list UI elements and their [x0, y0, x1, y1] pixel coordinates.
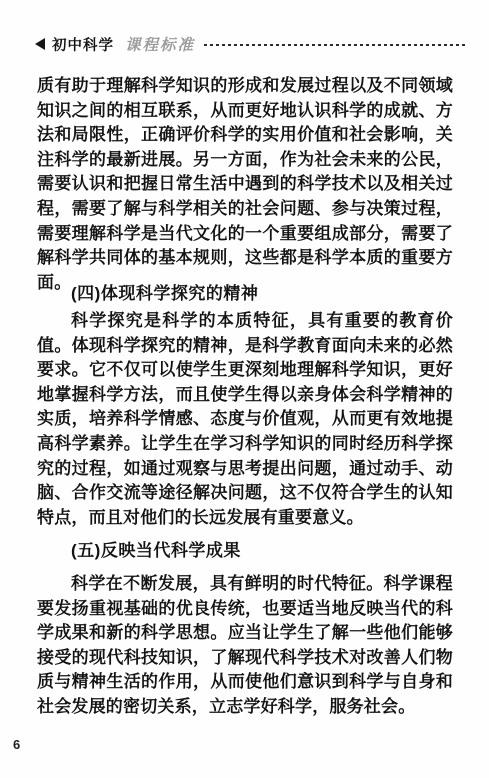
section-heading-4: (四)体现科学探究的精神: [37, 279, 453, 304]
section-heading-5: (五)反映当代科学成果: [37, 536, 453, 561]
page-header: 初中科学 课程标准: [35, 34, 468, 54]
paragraph-section-4: 科学探究是科学的本质特征，具有重要的教育价值。体现科学探究的精神，是科学教育面向…: [37, 309, 453, 530]
header-series-title: 初中科学: [52, 34, 114, 55]
page-number: 6: [13, 737, 20, 752]
left-triangle-icon: [35, 38, 45, 50]
paragraph-section-5: 科学在不断发展，具有鲜明的时代特征。科学课程要发扬重视基础的优良传统，也要适当地…: [37, 572, 453, 720]
header-volume-title: 课程标准: [125, 33, 195, 55]
paragraph-continuation: 质有助于理解科学知识的形成和发展过程以及不同领域知识之间的相互联系，从而更好地认…: [37, 74, 453, 295]
header-dotted-rule: [204, 44, 468, 46]
book-page: 初中科学 课程标准 质有助于理解科学知识的形成和发展过程以及不同领域知识之间的相…: [0, 0, 489, 778]
